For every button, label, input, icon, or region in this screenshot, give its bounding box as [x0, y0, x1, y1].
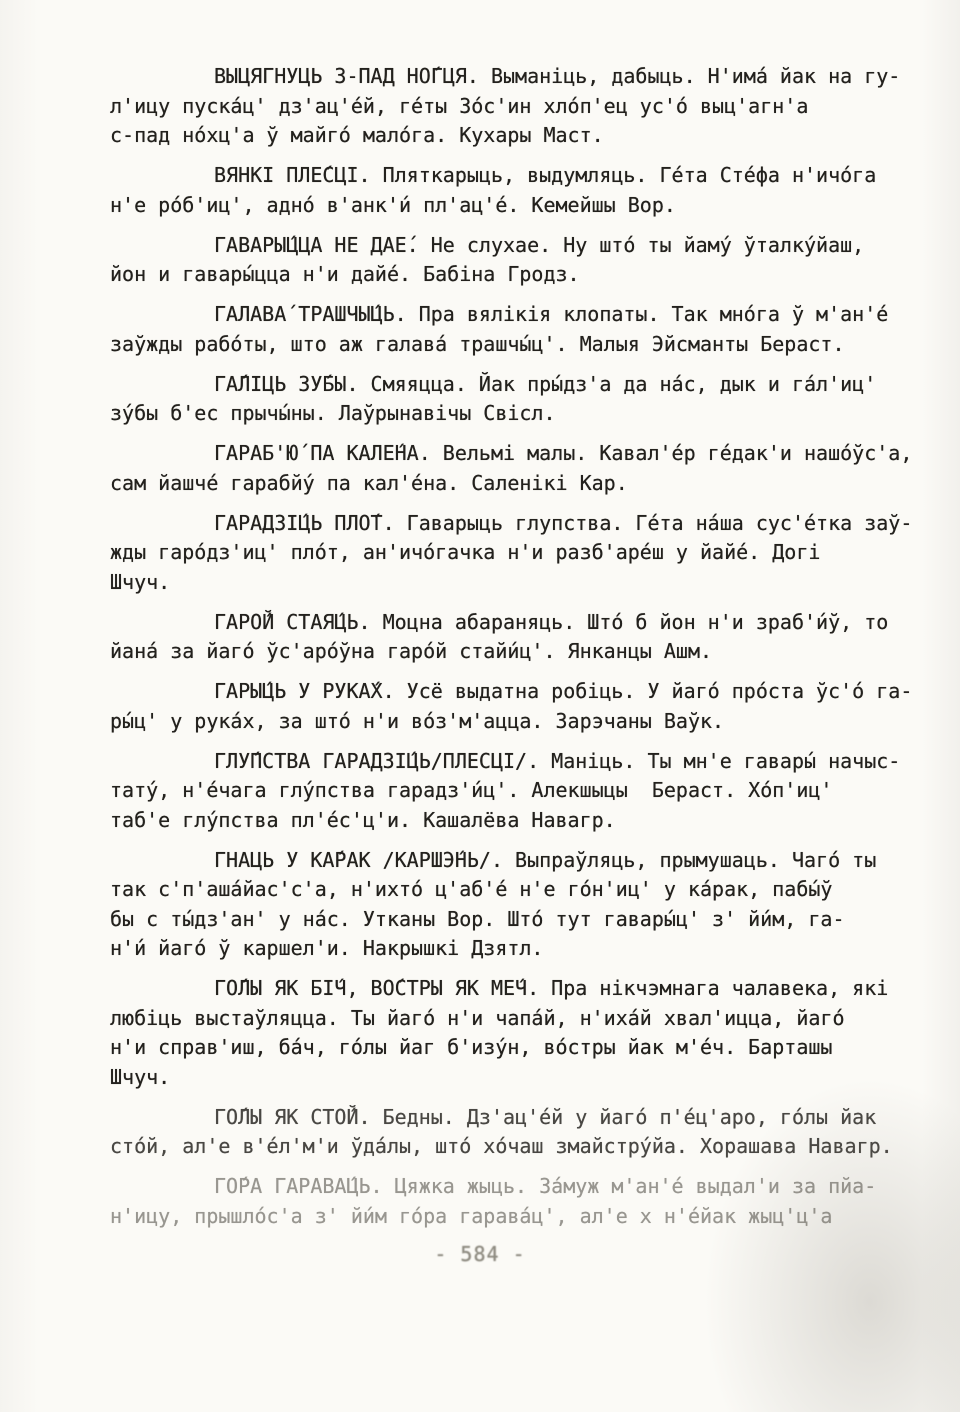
text-line: ГО́ЛЫ ЯК СТО́Й. Бедны. Дз'ац'е́й у йаго́… [110, 1103, 938, 1133]
text-line: ГАРО́Й СТАЯ́ЦЬ. Моцна абараняць. Што́ б … [110, 608, 938, 638]
text-line: сто́й, ал'е в'е́л'м'и ўда́лы, што́ хо́ча… [110, 1132, 938, 1162]
dictionary-entry: ГО́ЛЫ ЯК БІ́Ч, ВО́СТРЫ ЯК МЕ́Ч. Пра нікч… [110, 974, 938, 1092]
dictionary-entry: ГАРАБ'Ю́ ПА КАЛЕ́НА. Вельмі малы. Кавал'… [110, 439, 938, 498]
text-line: так с'п'аша́йас'с'а, н'ихто́ ц'аб'е́ н'е… [110, 875, 938, 905]
text-line: Шчуч. [110, 1063, 938, 1093]
text-line: заўжды рабо́ты, што аж галава́ трашчы́ц'… [110, 330, 938, 360]
text-line: зу́бы б'ес прычы́ны. Лаўрынавічы Свісл. [110, 399, 938, 429]
text-line: ГАВАРЫ́ЦЦА НЕ ДАЕ́. Не слухае. Ну што́ т… [110, 231, 938, 261]
entries-container: ВЫЦЯГНУЦЬ З-ПАД НО́ГЦЯ. Выманіць, дабыць… [110, 62, 938, 1242]
text-line: ГЛУ́ПСТВА ГАРАДЗІ́ЦЬ/ПЛЕСЦІ/. Маніць. Ты… [110, 747, 938, 777]
dictionary-entry: ГАРЫ́ЦЬ У РУКА́Х. Усё выдатна робіць. У … [110, 677, 938, 736]
text-line: с-пад но́хц'а ў майго́ мало́га. Кухары М… [110, 121, 938, 151]
text-line: ГО́РА ГАРАВА́ЦЬ. Цяжка жыць. За́муж м'ан… [110, 1172, 938, 1202]
text-line: ГАРАДЗІ́ЦЬ ПЛО́Т. Гаварыць глупства. Ге́… [110, 509, 938, 539]
dictionary-entry: ГАВАРЫ́ЦЦА НЕ ДАЕ́. Не слухае. Ну што́ т… [110, 231, 938, 290]
text-line: ГАРАБ'Ю́ ПА КАЛЕ́НА. Вельмі малы. Кавал'… [110, 439, 938, 469]
dictionary-entry: ВЫЦЯГНУЦЬ З-ПАД НО́ГЦЯ. Выманіць, дабыць… [110, 62, 938, 151]
text-line: ГАЛАВА́ ТРАШЧЫ́ЦЬ. Пра вялікія клопаты. … [110, 300, 938, 330]
text-line: н'е ро́б'иц', адно́ в'анк'и́ пл'ац'е́. К… [110, 191, 938, 221]
text-line: ВЯНКІ ПЛЕ́СЦІ. Пляткарыць, выдумляць. Ге… [110, 161, 938, 191]
dictionary-entry: ГО́РА ГАРАВА́ЦЬ. Цяжка жыць. За́муж м'ан… [110, 1172, 938, 1231]
text-line: л'ицу пуска́ц' дз'ац'е́й, ге́ты Зо́с'ин … [110, 92, 938, 122]
dictionary-entry: ГАРАДЗІ́ЦЬ ПЛО́Т. Гаварыць глупства. Ге́… [110, 509, 938, 598]
text-line: ВЫЦЯГНУЦЬ З-ПАД НО́ГЦЯ. Выманіць, дабыць… [110, 62, 938, 92]
dictionary-entry: ВЯНКІ ПЛЕ́СЦІ. Пляткарыць, выдумляць. Ге… [110, 161, 938, 220]
text-line: жды гаро́дз'иц' пло́т, ан'ичо́гачка н'и … [110, 538, 938, 568]
text-line: бы с ты́дз'ан' у на́с. Утканы Вор. Што́ … [110, 905, 938, 935]
text-line: н'и́ йаго́ ў каршел'и. Накрышкі Дзятл. [110, 934, 938, 964]
text-line: н'и справ'иш, ба́ч, го́лы йаг б'изу́н, в… [110, 1033, 938, 1063]
text-line: ГНАЦЬ У КА́РАК /КАРШЭ́НЬ/. Выпраўляць, п… [110, 846, 938, 876]
text-line: йон и гавары́цца н'и дайе́. Бабіна Гродз… [110, 260, 938, 290]
text-line: ГА́ЛІЦЬ ЗУ́БЫ. Смяяцца. Йак пры́дз'а да … [110, 370, 938, 400]
text-line: любіць выстаўляцца. Ты йаго́ н'и чапа́й,… [110, 1004, 938, 1034]
dictionary-entry: ГА́ЛІЦЬ ЗУ́БЫ. Смяяцца. Йак пры́дз'а да … [110, 370, 938, 429]
text-line: таб'е глу́пства пл'е́с'ц'и. Кашалёва Нав… [110, 806, 938, 836]
dictionary-entry: ГЛУ́ПСТВА ГАРАДЗІ́ЦЬ/ПЛЕСЦІ/. Маніць. Ты… [110, 747, 938, 836]
dictionary-entry: ГНАЦЬ У КА́РАК /КАРШЭ́НЬ/. Выпраўляць, п… [110, 846, 938, 964]
dictionary-entry: ГО́ЛЫ ЯК СТО́Й. Бедны. Дз'ац'е́й у йаго́… [110, 1103, 938, 1162]
text-line: ГО́ЛЫ ЯК БІ́Ч, ВО́СТРЫ ЯК МЕ́Ч. Пра нікч… [110, 974, 938, 1004]
text-line: н'ицу, прышло́с'а з' йи́м го́ра гарава́ц… [110, 1202, 938, 1232]
text-line: тату́, н'е́чага глу́пства гарадз'и́ц'. А… [110, 776, 938, 806]
scanned-page: ВЫЦЯГНУЦЬ З-ПАД НО́ГЦЯ. Выманіць, дабыць… [0, 0, 960, 1412]
text-line: Шчуч. [110, 568, 938, 598]
page-number: - 584 - [0, 1242, 960, 1266]
text-line: ры́ц' у рука́х, за што́ н'и во́з'м'ацца.… [110, 707, 938, 737]
text-line: йана́ за йаго́ ўс'аро́ўна гаро́й стайи́ц… [110, 637, 938, 667]
text-line: ГАРЫ́ЦЬ У РУКА́Х. Усё выдатна робіць. У … [110, 677, 938, 707]
text-line: сам йашче́ гарабйу́ па кал'е́на. Саленік… [110, 469, 938, 499]
dictionary-entry: ГАРО́Й СТАЯ́ЦЬ. Моцна абараняць. Што́ б … [110, 608, 938, 667]
dictionary-entry: ГАЛАВА́ ТРАШЧЫ́ЦЬ. Пра вялікія клопаты. … [110, 300, 938, 359]
